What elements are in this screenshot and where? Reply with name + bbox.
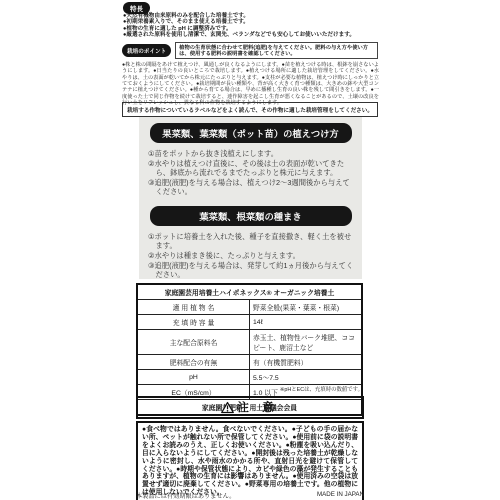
caution-section: 注 意 ●食べ物ではありません。食べないでください。●子どもの手の届かない所、ペ… (136, 396, 364, 500)
caution-text: ●食べ物ではありません。食べないでください。●子どもの手の届かない所、ペットが触… (136, 421, 364, 500)
step-item: ②水やりは種まき後に、たっぷりと与えます。 (148, 251, 355, 260)
step-item: ①ポットに培養土を入れた後、種子を直接撒き、軽く土を被せます。 (148, 232, 355, 250)
crop-label-notice-box: 栽培する作物についているラベルなどをよく読んで、その作物に適した栽培管理をしてく… (122, 102, 378, 117)
caution-header: 注 意 (136, 396, 364, 419)
step-item: ③追肥(液肥)を与える場合は、発芽して約1ヵ月後から与えてください。 (148, 261, 355, 279)
spec-note: ※pHとECは、充填時の数値です。 (136, 385, 363, 393)
table-row: 充 填 時 容 量 14ℓ (137, 315, 362, 330)
section-title-planting: 果菜類、葉菜類（ポット苗）の植えつけ方 (150, 123, 352, 143)
expiry-note: 本製品には有効期限はありません。 (136, 491, 235, 500)
spec-label: 主な配合原料名 (137, 330, 250, 355)
made-in-japan: MADE IN JAPAN (317, 491, 364, 498)
spec-value: 野菜全般(果菜・葉菜・根菜) (250, 300, 363, 315)
planting-steps: ①苗をポットから抜き浅植えにします。 ②水やりは植えつけ直後に、その後は土の表面… (148, 149, 355, 196)
step-item: ①苗をポットから抜き浅植えにします。 (148, 149, 355, 158)
table-row: 主な配合原料名 赤玉土、植物性バーク堆肥、ココピート、鹿沼土など (137, 330, 362, 355)
section-title-sowing: 葉菜類、根菜類の種まき (150, 206, 352, 226)
table-row: 家庭園芸用培養土ハイポネックス® オーガニック培養土 (137, 284, 362, 300)
warning-icon (221, 401, 234, 414)
step-item: ②水やりは植えつけ直後に、その後は土の表面が乾いてきたら、鉢底から流れでるまでた… (148, 159, 355, 177)
table-row: 適 用 植 物 名 野菜全般(果菜・葉菜・根菜) (137, 300, 362, 315)
growing-point-row: 栽培のポイント 植物の生育状態に合わせて肥料(追肥)を与えてください。肥料の与え… (122, 42, 378, 59)
step-item: ③追肥(液肥)を与える場合は、植えつけ2～3週間後から与えてください。 (148, 178, 355, 196)
spec-value: 有（有機質肥料） (250, 355, 363, 370)
spec-value: 5.5～7.5 (250, 370, 363, 385)
caution-title: 注 意 (237, 399, 278, 415)
growing-point-box: 植物の生育状態に合わせて肥料(追肥)を与えてください。肥料の与え方や使い方は、使… (175, 42, 378, 59)
instructions-panel: 果菜類、葉菜類（ポット苗）の植えつけ方 ①苗をポットから抜き浅植えにします。 ②… (139, 117, 362, 279)
spec-value: 14ℓ (250, 315, 363, 330)
spec-label: pH (137, 370, 250, 385)
spec-label: 肥料配合の有無 (137, 355, 250, 370)
spec-label: 充 填 時 容 量 (137, 315, 250, 330)
spec-value: 赤玉土、植物性バーク堆肥、ココピート、鹿沼土など (250, 330, 363, 355)
sowing-steps: ①ポットに培養土を入れた後、種子を直接撒き、軽く土を被せます。 ②水やりは種まき… (148, 232, 355, 279)
spec-label: 適 用 植 物 名 (137, 300, 250, 315)
features-list: ●天然有機物由来原料のみを配合した培養土です。 ●初期栄養素入りで、そのまま使え… (123, 13, 355, 39)
spec-table-title: 家庭園芸用培養土ハイポネックス® オーガニック培養土 (137, 284, 362, 300)
growing-point-badge: 栽培のポイント (122, 44, 171, 57)
table-row: pH 5.5～7.5 (137, 370, 362, 385)
table-row: 肥料配合の有無 有（有機質肥料） (137, 355, 362, 370)
general-cultivation-notes: ●株と株の間隔をあけて植えつけ、風通しが良くなるようにします。●苗を植えつける時… (122, 62, 379, 106)
feature-item: ●厳選された原料を使用し清潔で、玄関先、ベランダなどでも安心してお使いいただけま… (123, 32, 355, 38)
